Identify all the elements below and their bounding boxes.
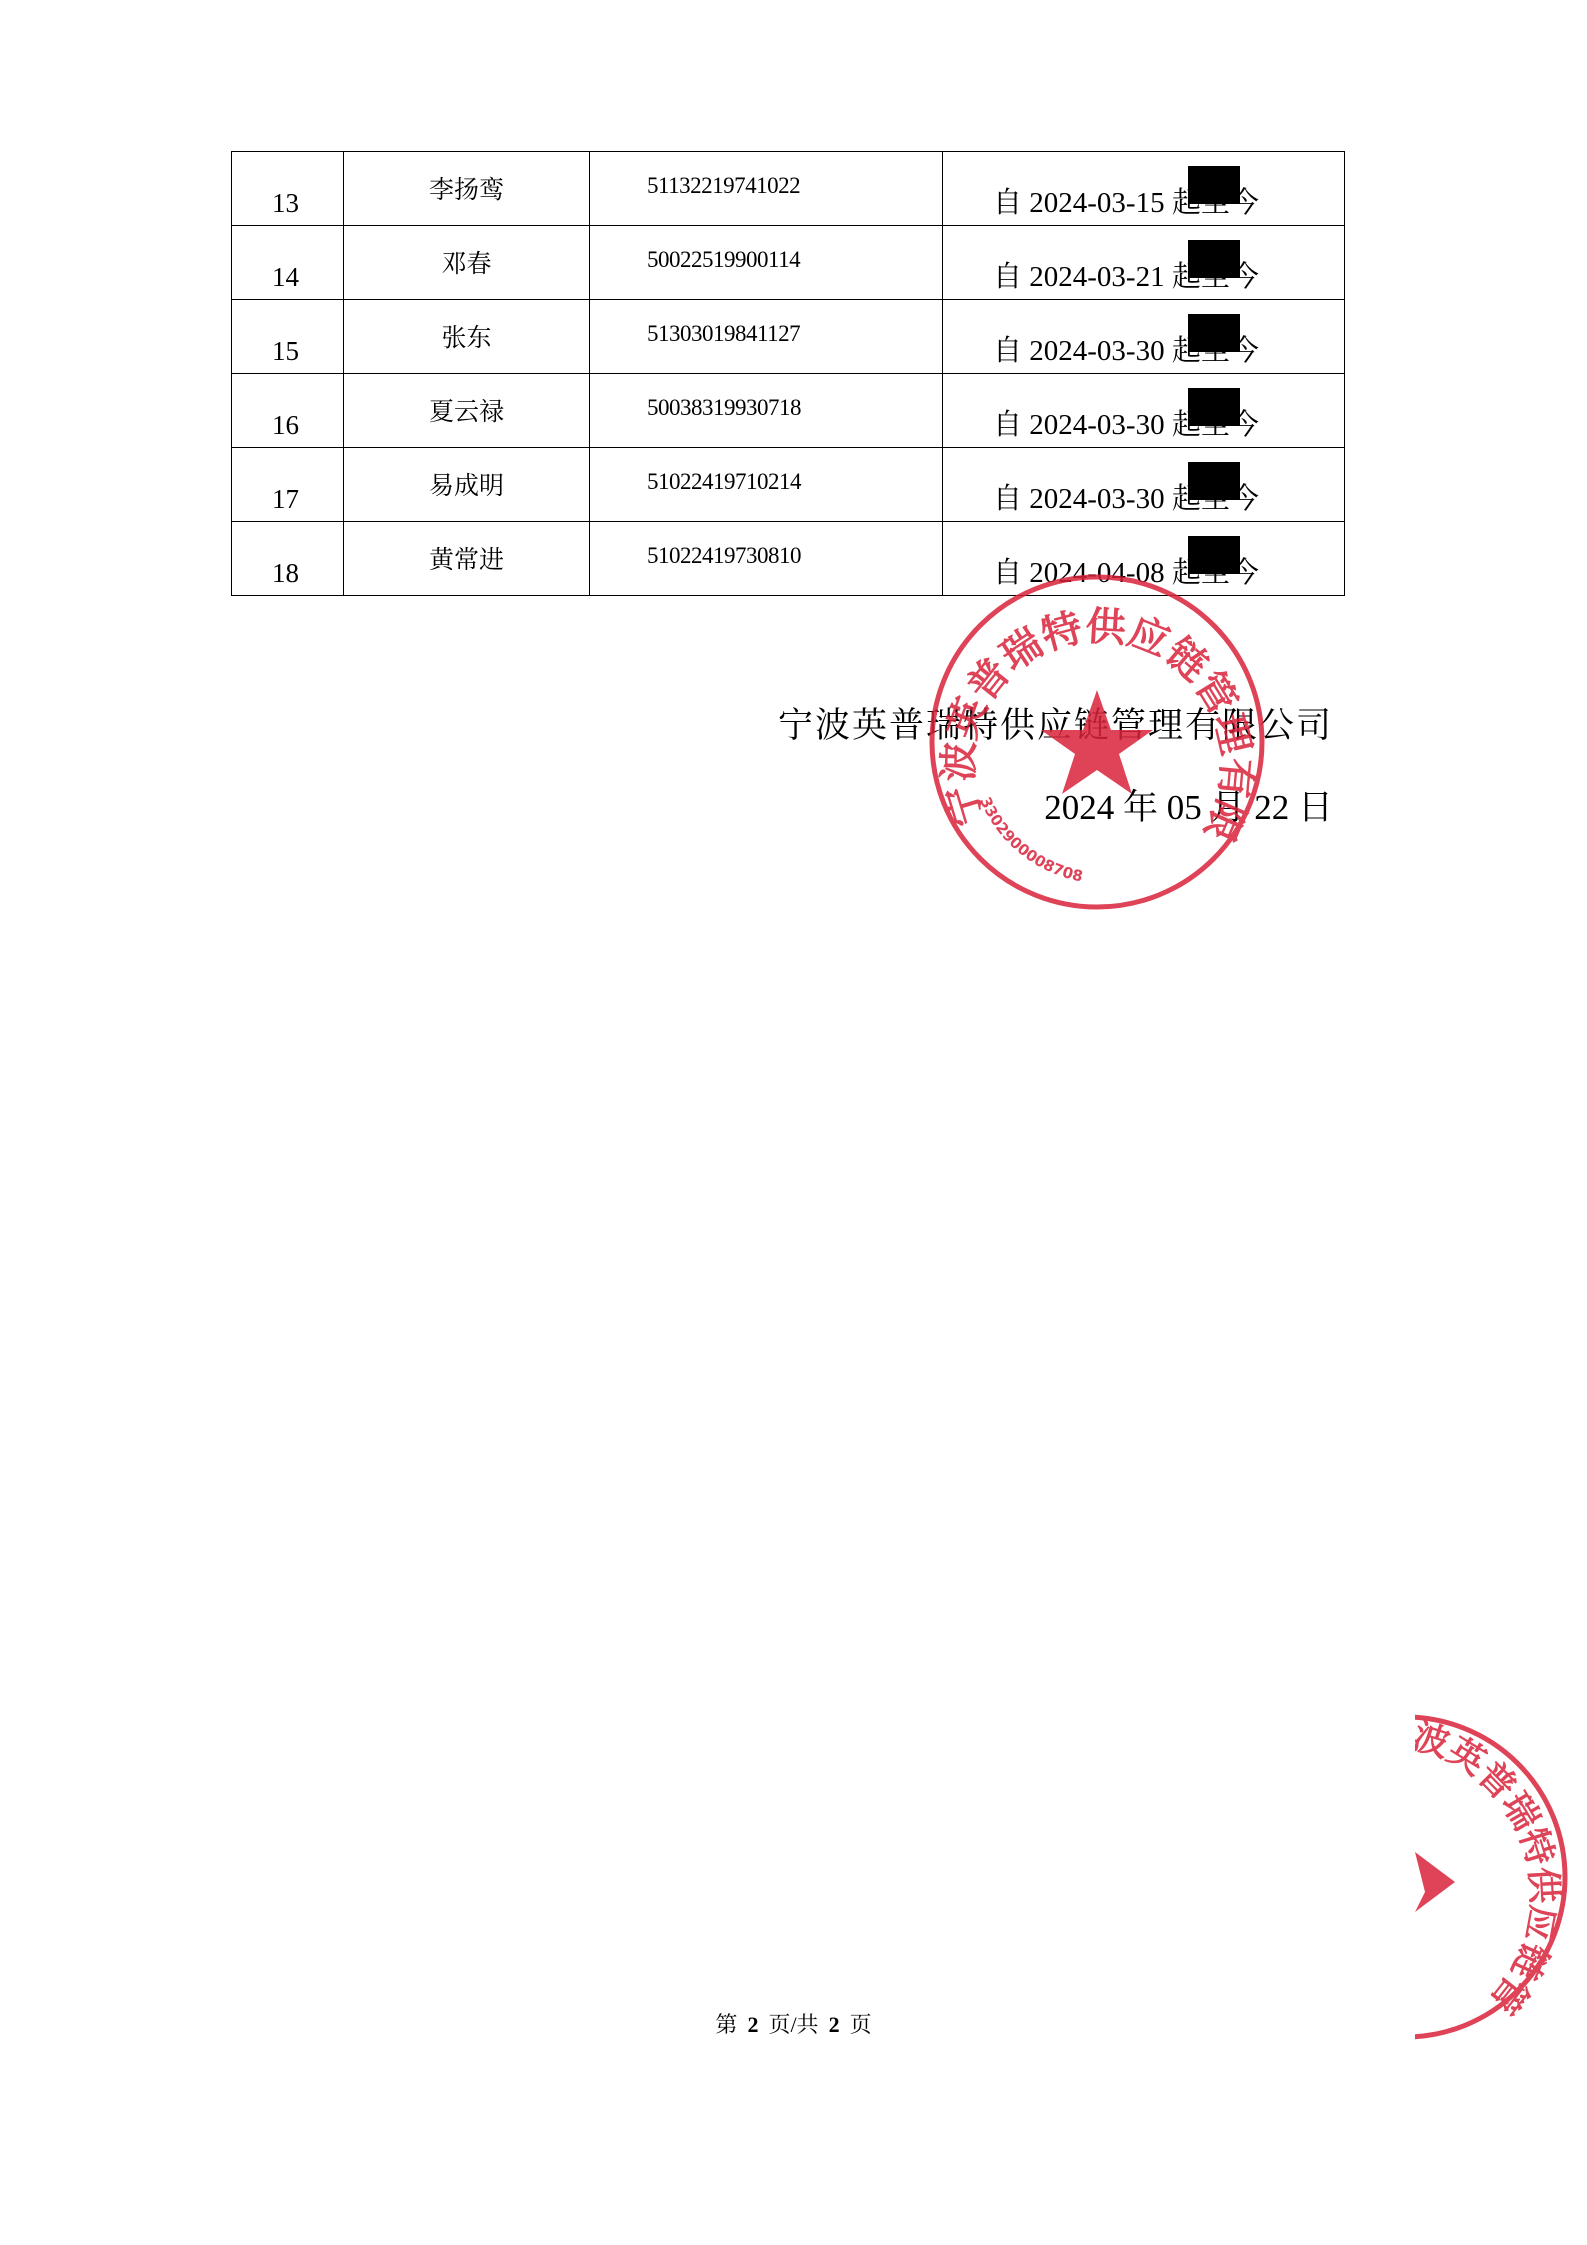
row-index: 13 xyxy=(272,188,299,219)
employee-table: 13 李扬鸾 51132219741022 自 2024-03-15 起至今 1… xyxy=(231,151,1345,596)
employee-name: 黄常进 xyxy=(344,540,589,576)
id-number: 51022419710214 xyxy=(647,469,801,495)
employment-period: 自 2024-03-30 起至今 xyxy=(993,328,1259,369)
footer-suffix: 页 xyxy=(850,2012,872,2037)
table-row: 17 易成明 51022419710214 自 2024-03-30 起至今 xyxy=(232,448,1345,522)
table-row: 18 黄常进 51022419730810 自 2024-04-08 起至今 xyxy=(232,522,1345,596)
footer-prefix: 第 xyxy=(715,2012,737,2037)
employee-name: 张东 xyxy=(344,318,589,354)
paging-seal: 宁波英普瑞特供应链管理有限公司 xyxy=(1415,1712,1587,2042)
employment-period: 自 2024-03-15 起至今 xyxy=(993,180,1259,221)
company-name: 宁波英普瑞特供应链管理有限公司 xyxy=(778,698,1333,748)
employment-period: 自 2024-04-08 起至今 xyxy=(993,550,1259,591)
row-index: 17 xyxy=(272,484,299,515)
id-number: 50038319930718 xyxy=(647,395,801,421)
id-number: 51022419730810 xyxy=(647,543,801,569)
total-pages-number: 2 xyxy=(829,2012,840,2037)
row-index: 14 xyxy=(272,262,299,293)
id-number: 51303019841127 xyxy=(647,321,800,347)
employee-name: 李扬鸾 xyxy=(344,170,589,206)
table-row: 15 张东 51303019841127 自 2024-03-30 起至今 xyxy=(232,300,1345,374)
table-row: 16 夏云禄 50038319930718 自 2024-03-30 起至今 xyxy=(232,374,1345,448)
current-page-number: 2 xyxy=(747,2012,758,2037)
paging-seal-ring-text: 宁波英普瑞特供应链管理有限公司 xyxy=(1415,1712,1565,2021)
table-row: 14 邓春 50022519900114 自 2024-03-21 起至今 xyxy=(232,226,1345,300)
id-number: 51132219741022 xyxy=(647,173,800,199)
footer-middle: 页/共 xyxy=(768,2012,818,2037)
page-footer: 第2页/共2页 xyxy=(0,2008,1587,2039)
employment-period: 自 2024-03-30 起至今 xyxy=(993,476,1259,517)
svg-text:宁波英普瑞特供应链管理有限公司: 宁波英普瑞特供应链管理有限公司 xyxy=(1415,1712,1565,2021)
row-index: 18 xyxy=(272,558,299,589)
id-number: 50022519900114 xyxy=(647,247,800,273)
document-page: 13 李扬鸾 51132219741022 自 2024-03-15 起至今 1… xyxy=(0,0,1587,2245)
signature-date: 2024 年 05 月 22 日 xyxy=(1044,780,1333,830)
row-index: 15 xyxy=(272,336,299,367)
employee-name: 夏云禄 xyxy=(344,392,589,428)
employment-period: 自 2024-03-30 起至今 xyxy=(993,402,1259,443)
star-icon xyxy=(1415,1852,1455,1912)
row-index: 16 xyxy=(272,410,299,441)
employment-period: 自 2024-03-21 起至今 xyxy=(993,254,1259,295)
employee-name: 易成明 xyxy=(344,466,589,502)
employee-name: 邓春 xyxy=(344,244,589,280)
table-row: 13 李扬鸾 51132219741022 自 2024-03-15 起至今 xyxy=(232,152,1345,226)
